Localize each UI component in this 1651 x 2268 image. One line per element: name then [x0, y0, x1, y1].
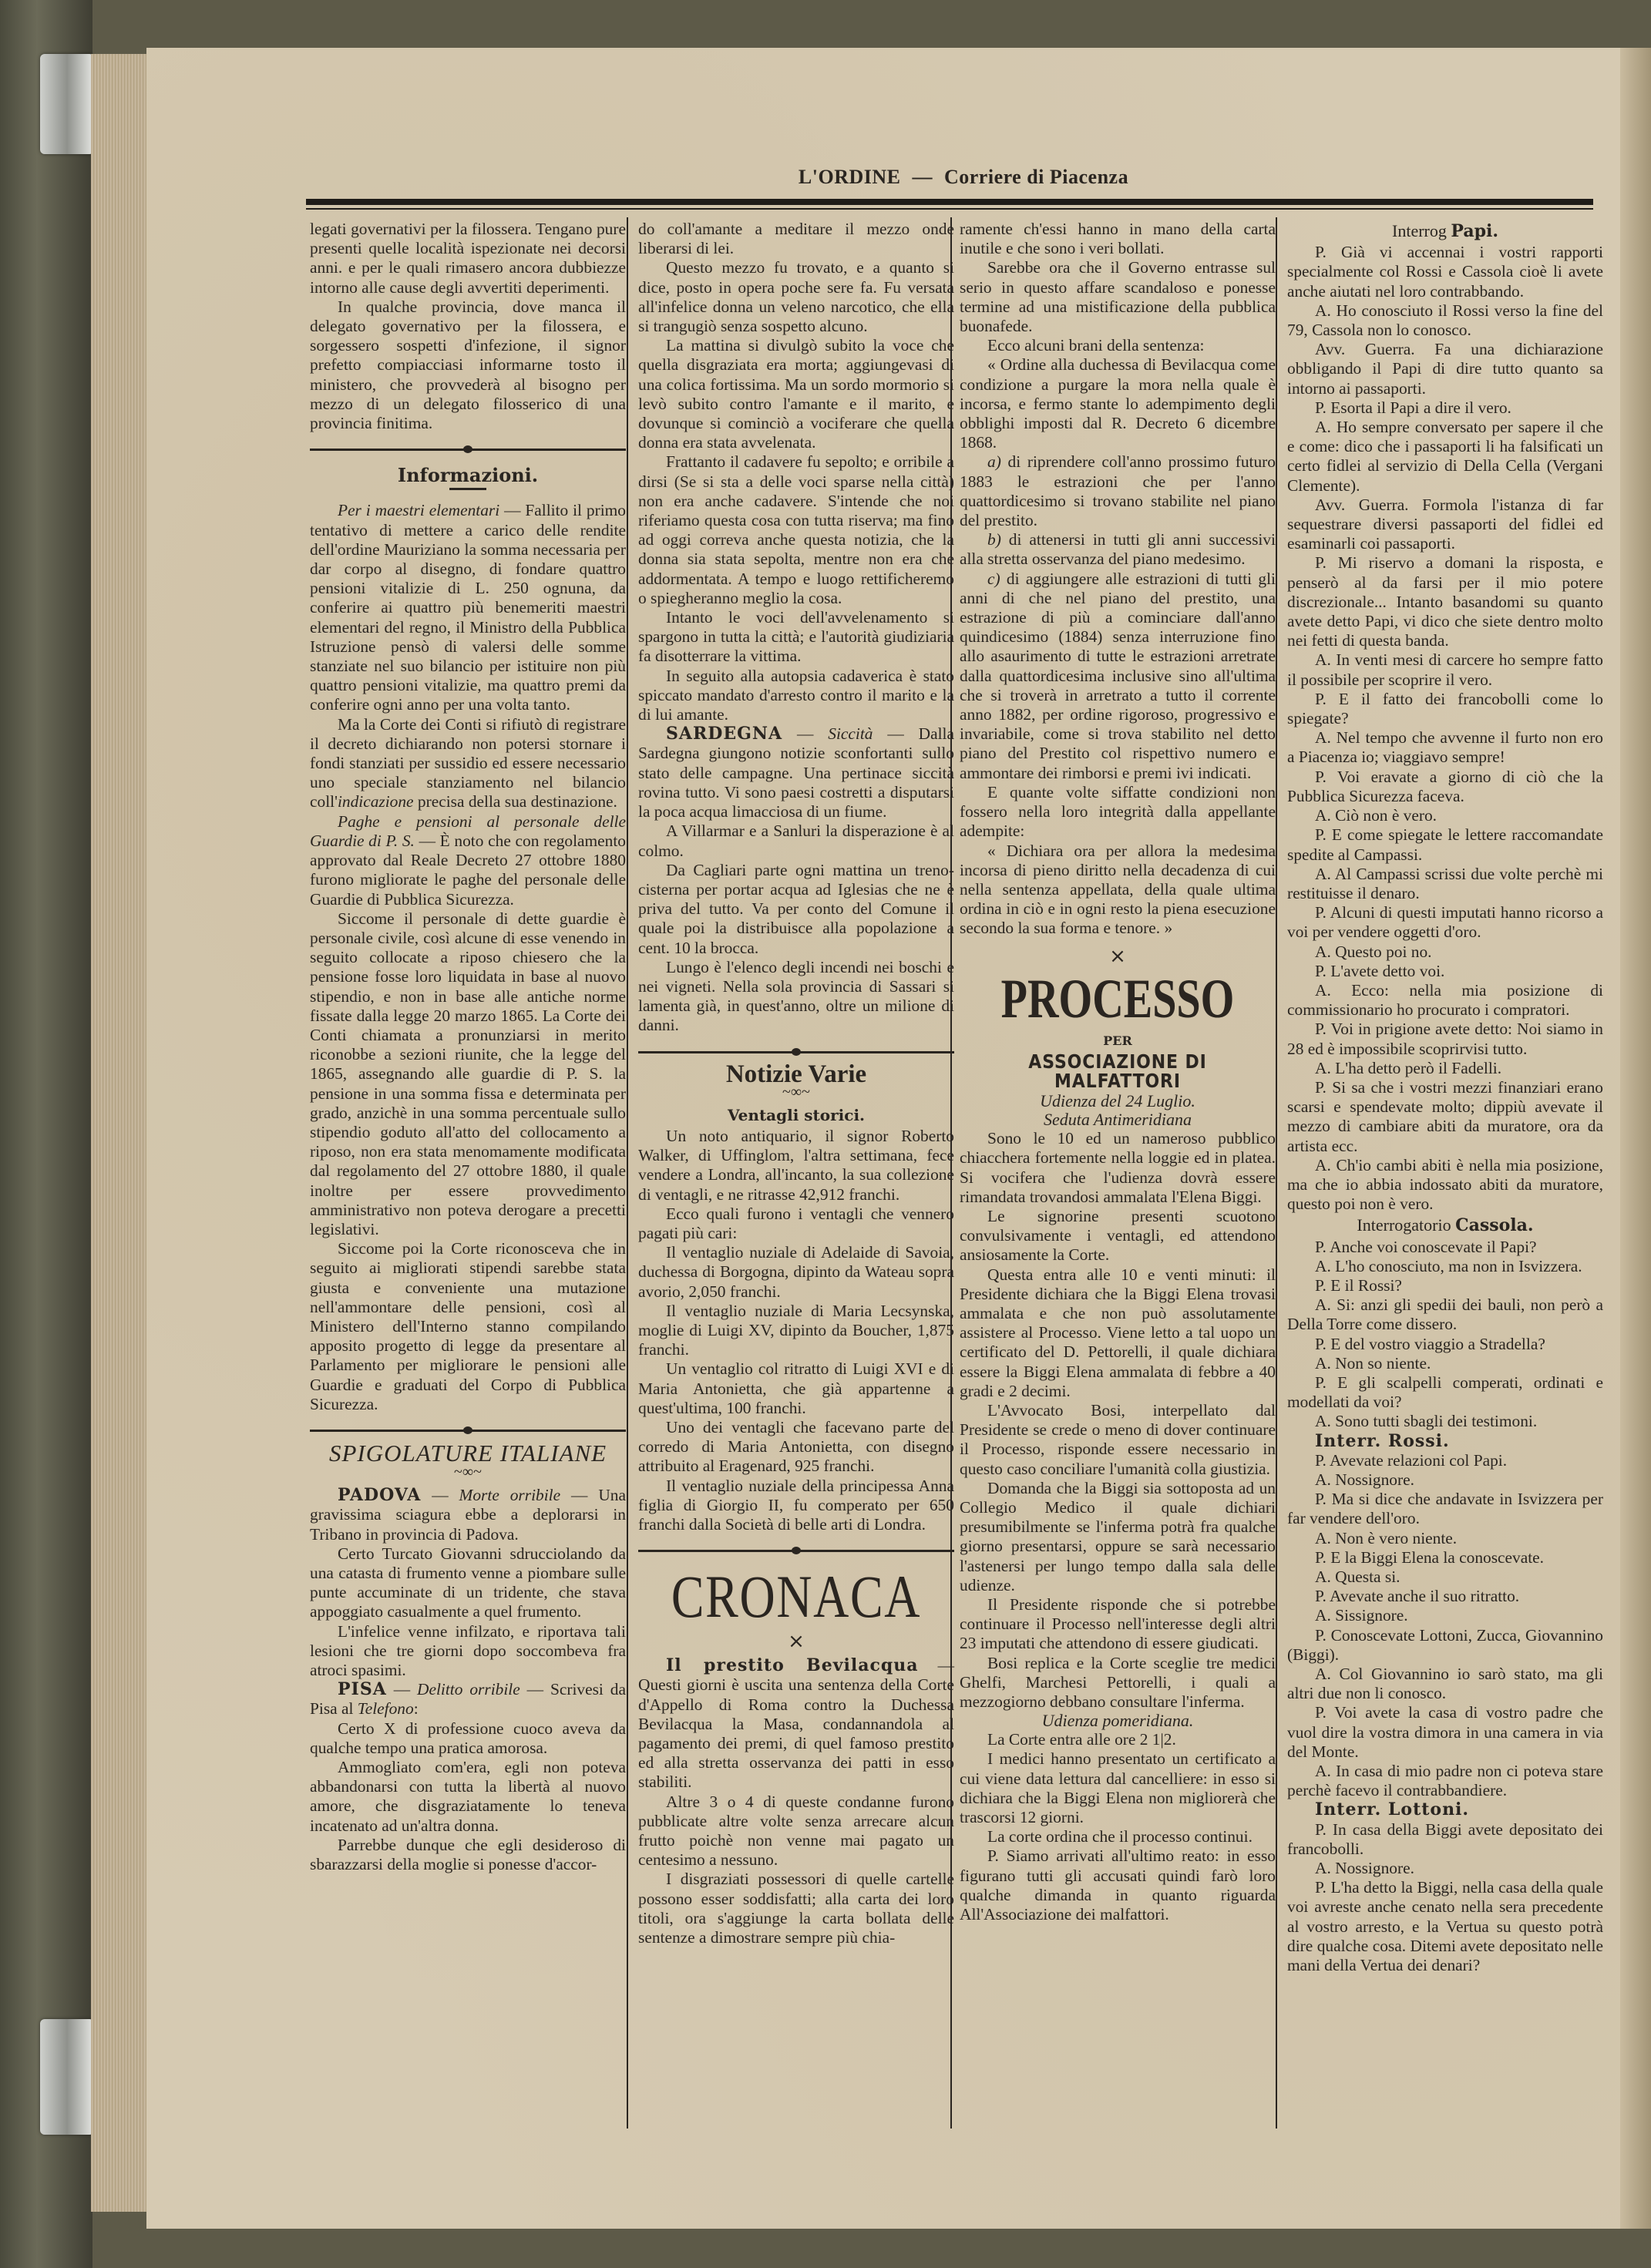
- paragraph: A Villarmar e a Sanluri la disperazione …: [638, 822, 954, 860]
- qa-line: P. Esorta il Papi a dire il vero.: [1287, 398, 1603, 418]
- cross-ornament: ×: [638, 1631, 954, 1651]
- ornamental-rule: [638, 1047, 954, 1057]
- cross-ornament: ×: [960, 946, 1276, 966]
- paragraph: do coll'amante a meditare il mezzo onde …: [638, 220, 954, 258]
- paragraph: Da Cagliari parte ogni mattina un treno-…: [638, 861, 954, 958]
- qa-line: A. Nossignore.: [1287, 1859, 1603, 1878]
- paragraph: E quante volte siffatte condizioni non f…: [960, 783, 1276, 842]
- paragraph: I disgraziati possessori di quelle carte…: [638, 1870, 954, 1947]
- clause-label: b): [987, 530, 1001, 549]
- qa-line: P. Conoscevate Lottoni, Zucca, Giovannin…: [1287, 1626, 1603, 1665]
- article-bevilacqua: Il prestito Bevilacqua — Questi giorni è…: [638, 1656, 954, 1792]
- udienza-pomeridiana: Udienza pomeridiana.: [960, 1712, 1276, 1730]
- qa-line: A. Ciò non è vero.: [1287, 806, 1603, 825]
- short-rule: [449, 488, 486, 490]
- column-divider: [627, 217, 628, 2129]
- qa-line: A. Ch'io cambi abiti è nella mia posizio…: [1287, 1156, 1603, 1215]
- paragraph: Sono le 10 ed un nameroso pubblico chiac…: [960, 1129, 1276, 1207]
- qa-line: Avv. Guerra. Formola l'istanza di far se…: [1287, 496, 1603, 554]
- clause-label: a): [987, 452, 1001, 471]
- paragraph: Certo X di professione cuoco aveva da qu…: [310, 1719, 626, 1758]
- qa-line: A. Non è vero niente.: [1287, 1529, 1603, 1548]
- qa-line: P. Avevate relazioni col Papi.: [1287, 1451, 1603, 1470]
- column-4: Interrog Papi. P. Già vi accennai i vost…: [1287, 220, 1603, 1975]
- heading-name: Papi.: [1451, 221, 1498, 241]
- qa-line: A. Si: anzi gli spedii dei bauli, non pe…: [1287, 1295, 1603, 1334]
- paragraph: Ammogliato com'era, egli non poteva abba…: [310, 1758, 626, 1836]
- qa-line: P. Ma si dice che andavate in Isvizzera …: [1287, 1490, 1603, 1528]
- paragraph: legati governativi per la filossera. Ten…: [310, 220, 626, 297]
- qa-line: A. Ecco: nella mia posizione di commissi…: [1287, 981, 1603, 1020]
- paragraph: Questa entra alle 10 e venti minuti: il …: [960, 1265, 1276, 1401]
- qa-line: P. L'avete detto voi.: [1287, 962, 1603, 981]
- qa-line: P. Alcuni di questi imputati hanno ricor…: [1287, 903, 1603, 942]
- paragraph: Il ventaglio nuziale di Adelaide di Savo…: [638, 1243, 954, 1302]
- paragraph: P. Siamo arrivati all'ultimo reato: in e…: [960, 1846, 1276, 1924]
- article-paghe: Paghe e pensioni al personale delle Guar…: [310, 812, 626, 909]
- article-lead: PADOVA: [338, 1485, 421, 1505]
- qa-line: A. Non so niente.: [1287, 1354, 1603, 1373]
- paragraph: Il Presidente risponde che si potrebbe c…: [960, 1595, 1276, 1654]
- masthead-rule: [306, 199, 1593, 205]
- paragraph: « Ordine alla duchessa di Bevilacqua com…: [960, 355, 1276, 452]
- clause-text: di attenersi in tutti gli anni successiv…: [960, 530, 1276, 568]
- clause-text: di aggiungere alle estrazioni di tutti g…: [960, 570, 1276, 782]
- masthead-separator: —: [912, 166, 933, 188]
- paragraph: In seguito alla autopsia cadaverica è st…: [638, 667, 954, 725]
- paragraph: La mattina si divulgò subito la voce che…: [638, 336, 954, 452]
- paragraph: Frattanto il cadavere fu sepolto; e orri…: [638, 452, 954, 608]
- article-lead: Il prestito Bevilacqua: [666, 1655, 919, 1675]
- heading-per: PER: [960, 1031, 1276, 1050]
- article-padova: PADOVA — Morte orribile — Una gravissima…: [310, 1486, 626, 1544]
- article-pisa: PISA — Delitto orribile — Scrivesi da Pi…: [310, 1680, 626, 1719]
- paragraph: ramente ch'essi hanno in mano della cart…: [960, 220, 1276, 258]
- column-divider: [1276, 217, 1277, 2129]
- article-text: — Fallito il primo tentativo di mettere …: [310, 501, 626, 714]
- article-lead: PISA: [338, 1679, 387, 1699]
- qa-line: A. Sissignore.: [1287, 1606, 1603, 1625]
- article-maestri: Per i maestri elementari — Fallito il pr…: [310, 501, 626, 714]
- paragraph: In qualche provincia, dove manca il dele…: [310, 297, 626, 433]
- qa-line: A. Al Campassi scrissi due volte perchè …: [1287, 865, 1603, 903]
- qa-line: P. E il fatto dei francobolli come lo sp…: [1287, 690, 1603, 728]
- qa-line: P. E del vostro viaggio a Stradella?: [1287, 1335, 1603, 1354]
- article-text: — Questi giorni è uscita una sentenza de…: [638, 1656, 954, 1791]
- text: :: [414, 1699, 419, 1718]
- article-subtitle: Siccità: [828, 724, 873, 743]
- paragraph: Ecco quali furono i ventagli che vennero…: [638, 1205, 954, 1243]
- ornamental-rule: [638, 1545, 954, 1556]
- qa-line: P. Voi eravate a giorno di ciò che la Pu…: [1287, 768, 1603, 806]
- clause-c: c) di aggiungere alle estrazioni di tutt…: [960, 570, 1276, 783]
- qa-line: A. Col Giovannino io sarò stato, ma gli …: [1287, 1665, 1603, 1703]
- paragraph: Siccome il personale di dette guardie è …: [310, 909, 626, 1239]
- paragraph: Siccome poi la Corte riconosceva che in …: [310, 1239, 626, 1414]
- paragraph: Sarebbe ora che il Governo entrasse sul …: [960, 258, 1276, 336]
- text: precisa della sua destinazione.: [414, 792, 617, 811]
- qa-line: P. Avevate anche il suo ritratto.: [1287, 1587, 1603, 1606]
- clause-a: a) di riprendere coll'anno prossimo futu…: [960, 452, 1276, 530]
- qa-line: P. Voi in prigione avete detto: Noi siam…: [1287, 1020, 1603, 1058]
- heading-prefix: Interrog: [1392, 221, 1447, 240]
- qa-line: A. Questa si.: [1287, 1567, 1603, 1587]
- section-heading-notizie-varie: Notizie Varie: [638, 1065, 954, 1084]
- ornamental-rule: [310, 1425, 626, 1436]
- paper-subtitle: Corriere di Piacenza: [944, 166, 1128, 188]
- paragraph: Questo mezzo fu trovato, e a quanto si d…: [638, 258, 954, 336]
- flourish-ornament: ~∞~: [310, 1464, 626, 1480]
- paragraph: L'Avvocato Bosi, interpellato dal Presid…: [960, 1401, 1276, 1479]
- paragraph: Altre 3 o 4 di queste condanne furono pu…: [638, 1793, 954, 1870]
- qa-line: A. In venti mesi di carcere ho sempre fa…: [1287, 650, 1603, 689]
- paragraph: Il ventaglio nuziale di Maria Lecsynska,…: [638, 1302, 954, 1360]
- qa-line: P. E come spiegate le lettere raccomanda…: [1287, 825, 1603, 864]
- qa-line: A. Ho sempre conversato per sapere il ch…: [1287, 418, 1603, 496]
- qa-line: P. Mi riservo a domani la risposta, e pe…: [1287, 553, 1603, 650]
- qa-line: A. L'ho conosciuto, ma non in Isvizzera.: [1287, 1257, 1603, 1276]
- italic-text: indicazione: [338, 792, 414, 811]
- article-heading-ventagli: Ventagli storici.: [638, 1106, 954, 1125]
- interrog-heading-lottoni: Interr. Lottoni.: [1287, 1800, 1603, 1819]
- section-heading-cronaca: CRONACA: [667, 1564, 926, 1630]
- qa-line: Avv. Guerra. Fa una dichiarazione obblig…: [1287, 340, 1603, 398]
- qa-line: P. Già vi accennai i vostri rapporti spe…: [1287, 243, 1603, 301]
- article-subtitle: Delitto orribile: [417, 1680, 520, 1698]
- column-1: legati governativi per la filossera. Ten…: [310, 220, 626, 1874]
- paragraph: Ma la Corte dei Conti si rifiutò di regi…: [310, 715, 626, 812]
- paragraph: I medici hanno presentato un certificato…: [960, 1749, 1276, 1827]
- heading-name: Cassola.: [1455, 1215, 1533, 1235]
- binder-clip-bottom: [40, 2019, 94, 2135]
- article-subtitle: Morte orribile: [459, 1486, 561, 1504]
- interrog-heading-rossi: Interr. Rossi.: [1287, 1432, 1603, 1451]
- clause-b: b) di attenersi in tutti gli anni succes…: [960, 530, 1276, 569]
- paragraph: Domanda che la Biggi sia sottoposta ad u…: [960, 1479, 1276, 1595]
- paragraph: Un noto antiquario, il signor Roberto Wa…: [638, 1127, 954, 1205]
- binder-clip-top: [40, 54, 94, 154]
- masthead-rule-thin: [306, 208, 1593, 210]
- paragraph: Uno dei ventagli che facevano parte del …: [638, 1418, 954, 1477]
- paragraph: Certo Turcato Giovanni sdrucciolando da …: [310, 1544, 626, 1622]
- italic-text: Telefono: [358, 1699, 414, 1718]
- qa-line: P. Anche voi conoscevate il Papi?: [1287, 1238, 1603, 1257]
- section-heading-processo: PROCESSO: [994, 971, 1241, 1026]
- qa-line: P. In casa della Biggi avete depositato …: [1287, 1820, 1603, 1859]
- column-2: do coll'amante a meditare il mezzo onde …: [638, 220, 954, 1947]
- paragraph: « Dichiara ora per allora la medesima in…: [960, 842, 1276, 939]
- qa-line: A. In casa di mio padre non ci poteva st…: [1287, 1762, 1603, 1800]
- qa-line: P. E gli scalpelli comperati, ordinati e…: [1287, 1373, 1603, 1412]
- paragraph: Bosi replica e la Corte sceglie tre medi…: [960, 1654, 1276, 1712]
- masthead: L'ORDINE — Corriere di Piacenza: [748, 166, 1179, 189]
- paragraph: Intanto le voci dell'avvelenamento si sp…: [638, 608, 954, 667]
- qa-line: A. Ho conosciuto il Rossi verso la fine …: [1287, 301, 1603, 340]
- qa-line: A. Questo poi no.: [1287, 942, 1603, 962]
- flourish-ornament: ~∞~: [638, 1084, 954, 1100]
- section-heading-spigolature: SPIGOLATURE ITALIANE: [310, 1443, 626, 1463]
- clause-text: di riprendere coll'anno prossimo futuro …: [960, 452, 1276, 529]
- qa-line: A. Nel tempo che avvenne il furto non er…: [1287, 728, 1603, 767]
- paragraph: Lungo è l'elenco degli incendi nei bosch…: [638, 958, 954, 1036]
- qa-line: A. Sono tutti sbagli dei testimoni.: [1287, 1412, 1603, 1431]
- article-lead: Per i maestri elementari: [338, 501, 499, 519]
- paper-title: L'ORDINE: [799, 166, 901, 188]
- page-edges: [91, 54, 153, 2212]
- paragraph: Il ventaglio nuziale della principessa A…: [638, 1477, 954, 1535]
- column-3: ramente ch'essi hanno in mano della cart…: [960, 220, 1276, 1924]
- clause-label: c): [987, 570, 1000, 588]
- page-right-edge: [1620, 48, 1651, 2229]
- qa-line: P. E il Rossi?: [1287, 1276, 1603, 1295]
- qa-line: P. Voi avete la casa di vostro padre che…: [1287, 1703, 1603, 1762]
- qa-line: A. L'ha detto però il Fadelli.: [1287, 1059, 1603, 1078]
- qa-line: P. L'ha detto la Biggi, nella casa della…: [1287, 1878, 1603, 1975]
- qa-line: P. E la Biggi Elena la conoscevate.: [1287, 1548, 1603, 1567]
- udienza-date: Udienza del 24 Luglio.: [960, 1092, 1276, 1110]
- interrog-heading-papi: Interrog Papi.: [1287, 221, 1603, 241]
- book-binding: [0, 0, 92, 2268]
- paragraph: Le signorine presenti scuotono convulsiv…: [960, 1207, 1276, 1265]
- qa-line: P. Si sa che i vostri mezzi finanziari e…: [1287, 1078, 1603, 1156]
- interrog-heading-cassola: Interrogatorio Cassola.: [1287, 1215, 1603, 1235]
- paragraph: Ecco alcuni brani della sentenza:: [960, 336, 1276, 355]
- paragraph: La Corte entra alle ore 2 1|2.: [960, 1730, 1276, 1749]
- paragraph: La corte ordina che il processo continui…: [960, 1827, 1276, 1846]
- ornamental-rule: [310, 444, 626, 455]
- heading-associazione: ASSOCIAZIONE DI MALFATTORI: [979, 1052, 1257, 1090]
- qa-line: A. Nossignore.: [1287, 1470, 1603, 1490]
- article-lead: SARDEGNA: [666, 724, 782, 744]
- paragraph: Parrebbe dunque che egli desideroso di s…: [310, 1836, 626, 1874]
- article-sardegna: SARDEGNA — Siccità — Dalla Sardegna giun…: [638, 724, 954, 822]
- paragraph: L'infelice venne infilzato, e riportava …: [310, 1622, 626, 1681]
- paragraph: Un ventaglio col ritratto di Luigi XVI e…: [638, 1359, 954, 1418]
- heading-prefix: Interrogatorio: [1357, 1215, 1451, 1235]
- seduta-label: Seduta Antimeridiana: [960, 1110, 1276, 1129]
- section-heading-informazioni: Informazioni.: [310, 465, 626, 485]
